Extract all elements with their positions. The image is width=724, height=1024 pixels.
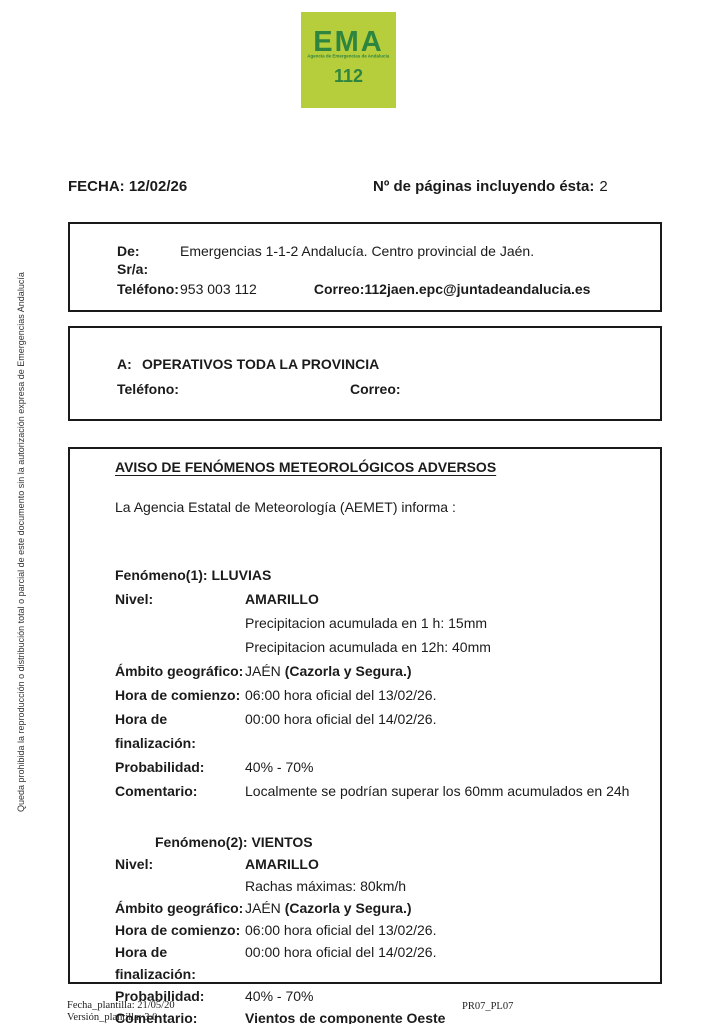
row-value: 00:00 hora oficial del 14/02/26. — [245, 707, 644, 755]
ema-112-logo: EMA Agencia de Emergencias de Andalucía … — [301, 12, 396, 108]
logo-agency-name: Agencia de Emergencias de Andalucía — [308, 54, 390, 58]
telefono-value: 953 003 112 — [180, 280, 257, 298]
detail-row-hora-finalizacion: Hora de finalización: 00:00 hora oficial… — [115, 941, 644, 985]
template-date: Fecha_plantilla: 21/05/20 — [67, 1000, 175, 1012]
recipient-correo-label: Correo: — [350, 380, 401, 399]
detail-row-probabilidad: Probabilidad: 40% - 70% — [115, 755, 644, 779]
row-value: Vientos de componente Oeste — [245, 1007, 644, 1024]
row-value: Precipitacion acumulada en 1 h: 15mm — [245, 611, 644, 635]
detail-row-comentario: Comentario: Localmente se podrían supera… — [115, 779, 644, 803]
detail-row-ambito: Ámbito geográfico: JAÉN (Cazorla y Segur… — [115, 897, 644, 919]
aviso-box: AVISO DE FENÓMENOS METEOROLÓGICOS ADVERS… — [68, 447, 662, 984]
row-label — [115, 611, 245, 635]
detail-row-precipitacion-12h: Precipitacion acumulada en 12h: 40mm — [115, 635, 644, 659]
detail-row-ambito: Ámbito geográfico: JAÉN (Cazorla y Segur… — [115, 659, 644, 683]
detail-row-probabilidad: Probabilidad: 40% - 70% — [115, 985, 644, 1007]
row-value: 40% - 70% — [245, 755, 644, 779]
side-disclaimer-text: Queda prohibida la reproducción o distri… — [16, 264, 26, 812]
detail-row-precipitacion-1h: Precipitacion acumulada en 1 h: 15mm — [115, 611, 644, 635]
template-footer: Fecha_plantilla: 21/05/20 Versión_planti… — [67, 1000, 175, 1024]
row-value: AMARILLO — [245, 853, 644, 875]
row-value: 06:00 hora oficial del 13/02/26. — [245, 919, 644, 941]
detail-row-hora-finalizacion: Hora de finalización: 00:00 hora oficial… — [115, 707, 644, 755]
row-label — [115, 875, 245, 897]
sra-label: Sr/a: — [117, 260, 180, 278]
pages-value: 2 — [599, 178, 607, 195]
logo-emergency-number: 112 — [334, 66, 363, 87]
correo-value: Correo:112jaen.epc@juntadeandalucia.es — [314, 280, 591, 298]
fecha-line: FECHA: 12/02/26 — [68, 178, 187, 195]
detail-row-nivel: Nivel: AMARILLO — [115, 853, 644, 875]
sender-telefono-row: Teléfono: 953 003 112 Correo:112jaen.epc… — [117, 280, 650, 298]
fenomeno-1-section: Fenómeno(1): LLUVIAS Nivel: AMARILLO Pre… — [115, 563, 644, 803]
row-label: Ámbito geográfico: — [115, 897, 245, 919]
row-value: AMARILLO — [245, 587, 644, 611]
logo-acronym: EMA — [313, 30, 383, 54]
row-value: JAÉN (Cazorla y Segura.) — [245, 659, 644, 683]
row-value: 00:00 hora oficial del 14/02/26. — [245, 941, 644, 985]
row-value: JAÉN (Cazorla y Segura.) — [245, 897, 644, 919]
row-value: Precipitacion acumulada en 12h: 40mm — [245, 635, 644, 659]
row-label: Comentario: — [115, 779, 245, 803]
document-code: PR07_PL07 — [462, 1001, 513, 1012]
template-version: Versión_plantilla: 3.0 — [67, 1012, 175, 1024]
row-label: Hora de comienzo: — [115, 683, 245, 707]
de-label: De: — [117, 242, 180, 260]
detail-row-hora-comienzo: Hora de comienzo: 06:00 hora oficial del… — [115, 919, 644, 941]
aviso-intro: La Agencia Estatal de Meteorología (AEME… — [115, 498, 644, 516]
aviso-title: AVISO DE FENÓMENOS METEOROLÓGICOS ADVERS… — [115, 458, 644, 476]
row-value: 40% - 70% — [245, 985, 644, 1007]
row-label: Hora de comienzo: — [115, 919, 245, 941]
fenomeno-2-section: Fenómeno(2): VIENTOS Nivel: AMARILLO Rac… — [115, 831, 644, 1024]
row-label: Hora de finalización: — [115, 941, 245, 985]
row-value: 06:00 hora oficial del 13/02/26. — [245, 683, 644, 707]
de-value: Emergencias 1-1-2 Andalucía. Centro prov… — [180, 242, 534, 260]
fenomeno-1-title: Fenómeno(1): LLUVIAS — [115, 563, 644, 587]
a-value: OPERATIVOS TODA LA PROVINCIA — [142, 355, 379, 374]
detail-row-comentario: Comentario: Vientos de componente Oeste — [115, 1007, 644, 1024]
fenomeno-2-title: Fenómeno(2): VIENTOS — [155, 831, 644, 853]
sender-de-row: De: Emergencias 1-1-2 Andalucía. Centro … — [117, 242, 650, 260]
sender-box: De: Emergencias 1-1-2 Andalucía. Centro … — [68, 222, 662, 312]
telefono-label: Teléfono: — [117, 280, 180, 298]
row-label: Ámbito geográfico: — [115, 659, 245, 683]
detail-row-rachas: Rachas máximas: 80km/h — [115, 875, 644, 897]
document-page: Queda prohibida la reproducción o distri… — [0, 0, 724, 1024]
row-label: Probabilidad: — [115, 755, 245, 779]
detail-row-hora-comienzo: Hora de comienzo: 06:00 hora oficial del… — [115, 683, 644, 707]
recipient-box: A: OPERATIVOS TODA LA PROVINCIA Teléfono… — [68, 326, 662, 421]
row-label: Nivel: — [115, 587, 245, 611]
row-label: Nivel: — [115, 853, 245, 875]
pages-line: Nº de páginas incluyendo ésta:2 — [373, 178, 608, 195]
recipient-telefono-label: Teléfono: — [117, 380, 350, 399]
recipient-a-row: A: OPERATIVOS TODA LA PROVINCIA — [117, 355, 650, 374]
sender-sra-row: Sr/a: — [117, 260, 650, 278]
a-label: A: — [117, 355, 142, 374]
row-value: Rachas máximas: 80km/h — [245, 875, 644, 897]
pages-label: Nº de páginas incluyendo ésta: — [373, 178, 594, 195]
row-label: Hora de finalización: — [115, 707, 245, 755]
row-label — [115, 635, 245, 659]
recipient-contact-row: Teléfono: Correo: — [117, 380, 650, 399]
detail-row-nivel: Nivel: AMARILLO — [115, 587, 644, 611]
row-value: Localmente se podrían superar los 60mm a… — [245, 779, 644, 803]
